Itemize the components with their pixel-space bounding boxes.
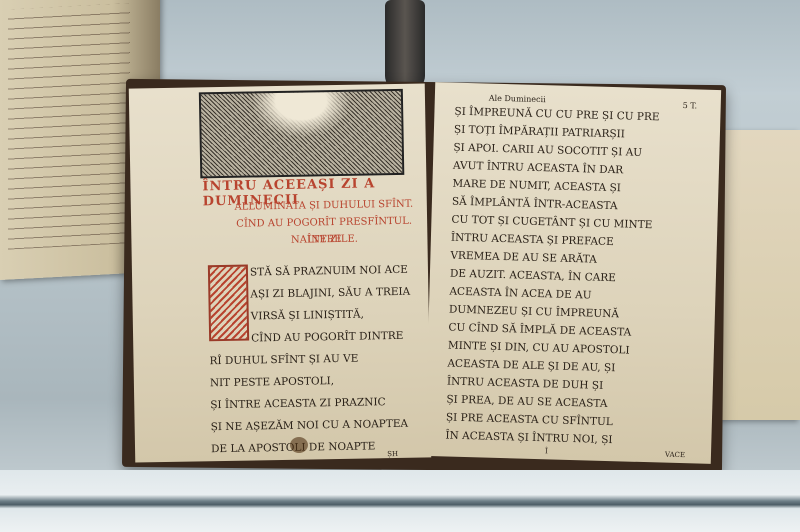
- folio-mark: ȘH: [387, 450, 398, 458]
- page-stain: [290, 437, 308, 453]
- text-line: VIRSĂ ȘI LINIȘTITĂ,: [251, 304, 365, 328]
- text-line: ȘI ÎNTRE ACEASTA ZI PRAZNIC: [210, 391, 386, 416]
- text-line: AȘI ZI BLAJINI, SĂU A TREIA: [250, 281, 410, 306]
- catchword: VACE: [665, 451, 685, 460]
- text-line: STĂ SĂ PRAZNUIM NOI ACE: [250, 259, 408, 284]
- woodcut-illustration: [199, 89, 404, 179]
- text-line: RÎ DUHUL SFÎNT ȘI AU VE: [209, 348, 358, 373]
- page-number: 5 T.: [683, 101, 698, 110]
- right-page: Ale Duminecii 5 T. ȘI ÎMPREUNĂ CU CU PRE…: [425, 82, 721, 464]
- decorated-initial: [208, 265, 249, 342]
- text-line: ÎN ACEASTA ȘI ÎNTRU NOI, ȘI: [445, 425, 613, 452]
- signature-mark: Î: [545, 447, 548, 455]
- text-line: ȘI NE AȘEZĂM NOI CU A NOAPTEA: [210, 413, 408, 438]
- candlestick-stand: [385, 0, 425, 90]
- museum-display-photo: ÎNTRU ACEEAȘI ZI A DUMINECII ALLUMINATA …: [0, 0, 800, 532]
- text-line: NIT PESTE APOSTOLI,: [210, 370, 334, 394]
- display-case-shelf-edge: [0, 470, 800, 532]
- left-page: ÎNTRU ACEEAȘI ZI A DUMINECII ALLUMINATA …: [129, 83, 431, 462]
- subheading-line: NALTE ZILE.: [229, 230, 419, 250]
- text-line: CÎND AU POGORÎT DINTRE: [251, 325, 404, 350]
